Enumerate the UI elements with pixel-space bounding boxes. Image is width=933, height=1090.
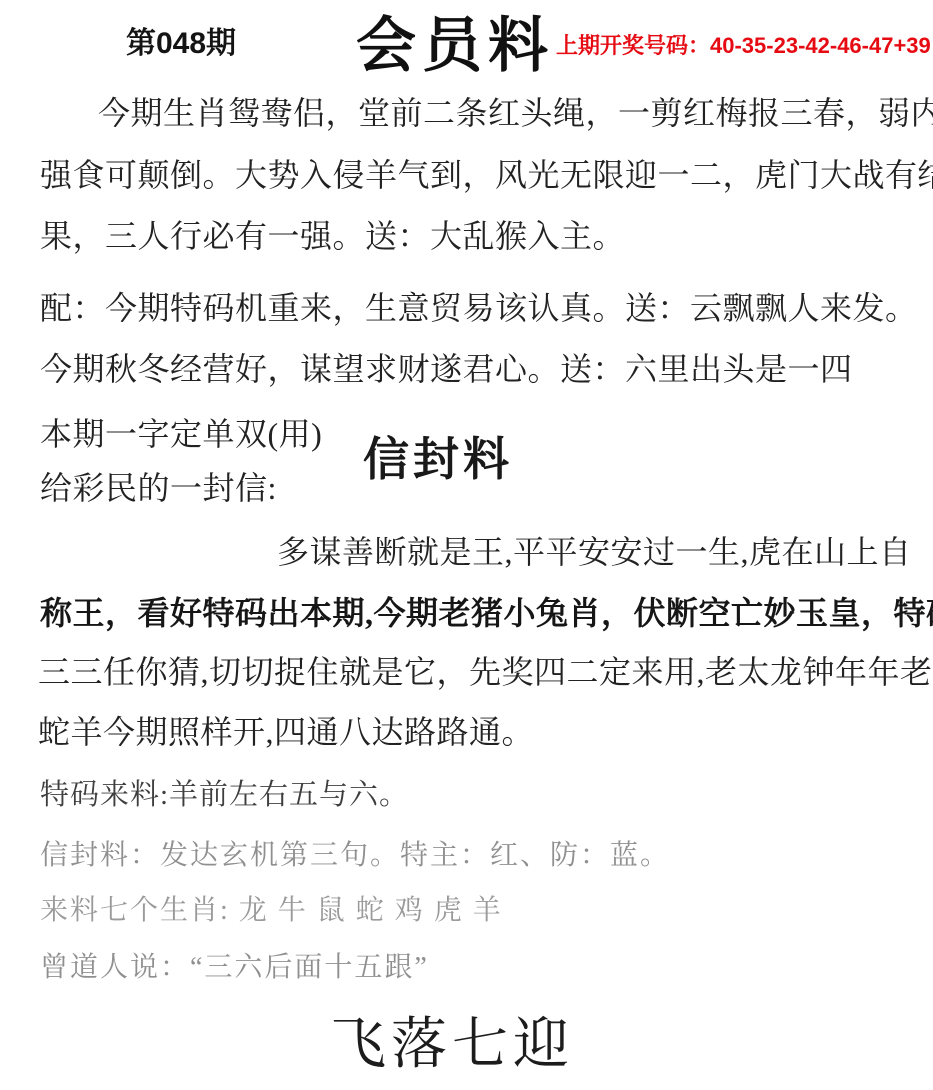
member-paragraph2: 配：今期特码机重来，生意贸易该认真。送：云飘飘人来发。 (40, 290, 918, 327)
letter-line3: 三三任你猜,切切捉住就是它，先奖四二定来用,老太龙钟年年老, (38, 654, 933, 691)
member-paragraph1-line1: 今期生肖鸳鸯侣，堂前二条红头绳，一剪红梅报三春，弱内 (98, 95, 933, 132)
footer-title: 飞落七迎 (330, 1013, 574, 1077)
lottery-tip-sheet: 第048期 会员料 上期开奖号码：40-35-23-42-46-47+39 今期… (0, 0, 933, 1090)
member-paragraph1-line3: 果，三人行必有一强。送：大乱猴入主。 (40, 218, 625, 255)
letter-line1: 多谋善断就是王,平平安安过一生,虎在山上自 (277, 534, 912, 571)
special-code-tip: 特码来料:羊前左右五与六。 (40, 779, 409, 812)
member-paragraph3: 今期秋冬经营好，谋望求财遂君心。送：六里出头是一四 (40, 351, 853, 388)
issue-number: 第048期 (126, 27, 236, 62)
envelope-hint-line: 信封料：发达玄机第三句。特主：红、防：蓝。 (40, 840, 670, 872)
letter-line2: 称王，看好特码出本期,今期老猪小兔肖，伏断空亡妙玉皇，特码 (40, 595, 933, 632)
last-draw-numbers: 上期开奖号码：40-35-23-42-46-47+39 (556, 33, 931, 58)
zengdaoren-quote: 曾道人说：“三六后面十五跟” (40, 952, 429, 984)
page-title: 会员料 (356, 12, 554, 81)
envelope-section-title: 信封料 (363, 434, 513, 487)
letter-intro: 给彩民的一封信: (40, 470, 277, 507)
member-single-double-note: 本期一字定单双(用) (40, 416, 322, 453)
letter-line4: 蛇羊今期照样开,四通八达路路通。 (38, 714, 534, 751)
member-paragraph1-line2: 强食可颠倒。大势入侵羊气到，风光无限迎一二，虎门大战有结 (40, 157, 933, 194)
zodiac-tip-line: 来料七个生肖: 龙 牛 鼠 蛇 鸡 虎 羊 (40, 895, 503, 927)
